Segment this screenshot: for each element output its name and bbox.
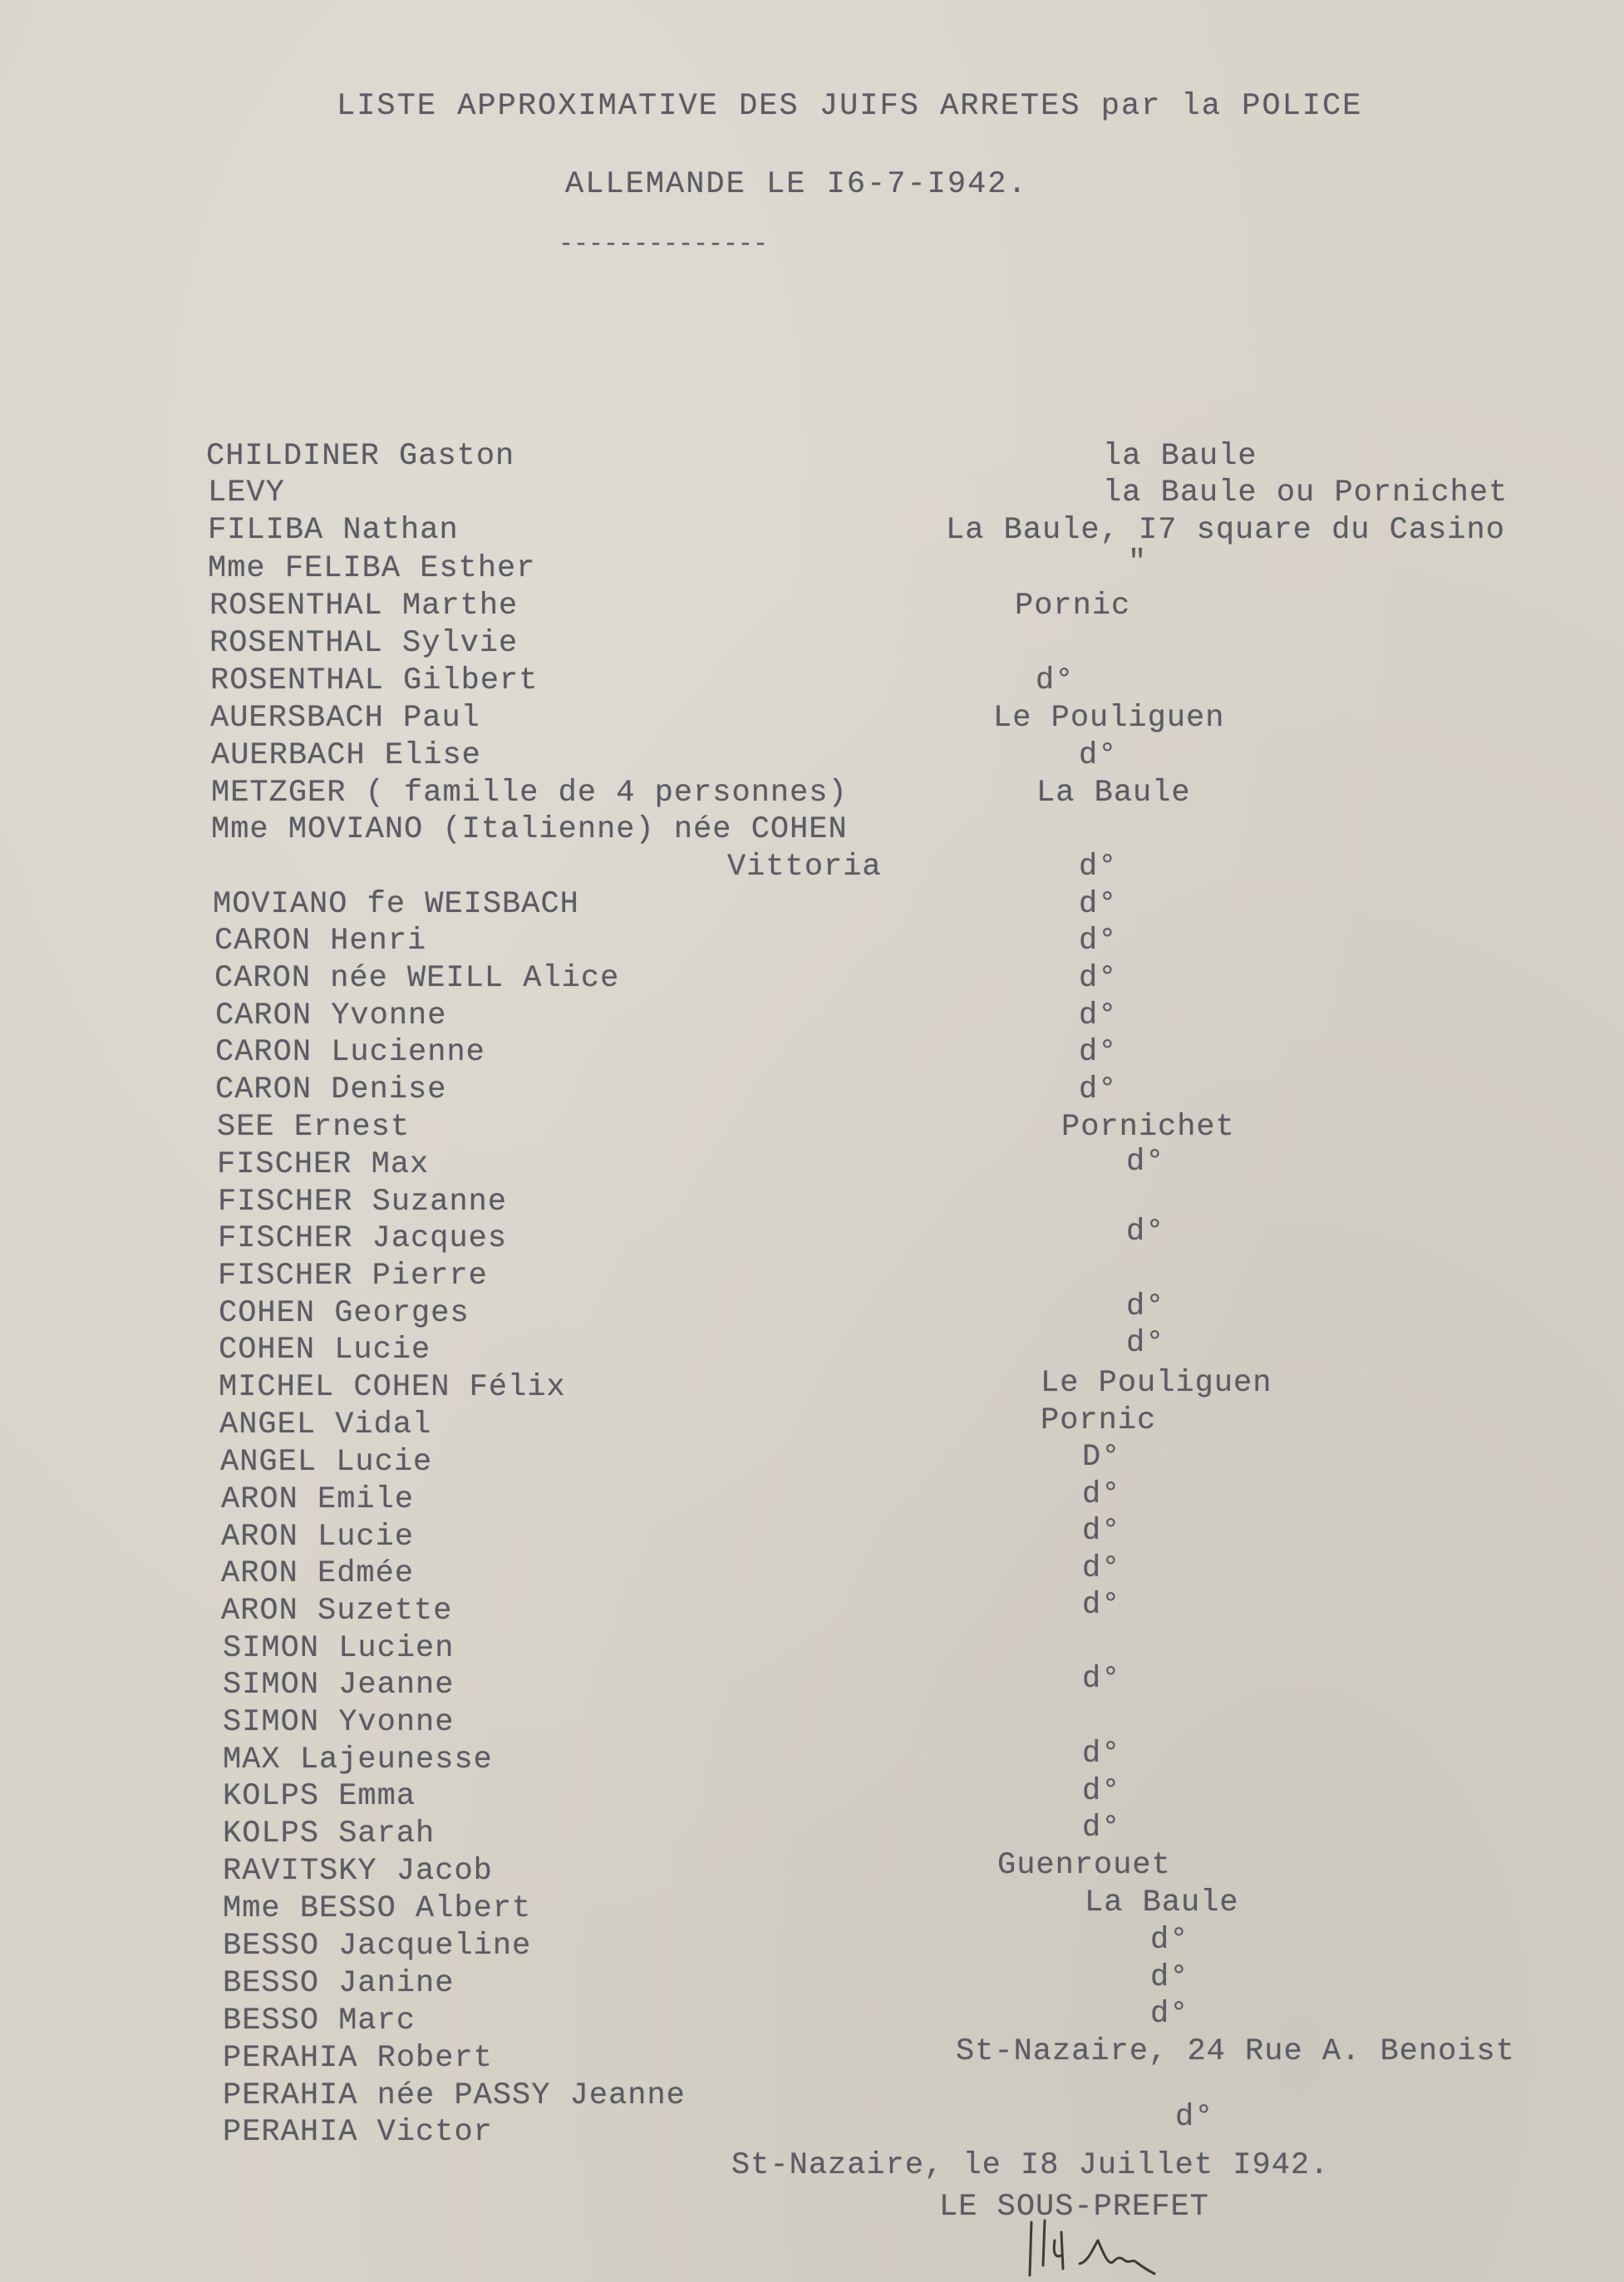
entry-location: Pornic (1041, 1402, 1156, 1439)
entry-location: D° (1082, 1439, 1120, 1476)
entry-location: d° (1082, 1550, 1120, 1587)
entry-name: FISCHER Pierre (218, 1258, 488, 1294)
document-title-line-1: LISTE APPROXIMATIVE DES JUIFS ARRETES pa… (337, 88, 1362, 125)
entry-location: Le Pouliguen (1041, 1365, 1272, 1402)
entry-location: d° (1126, 1214, 1164, 1250)
entry-name: KOLPS Sarah (223, 1816, 435, 1852)
entry-name: ANGEL Vidal (219, 1407, 431, 1443)
place-and-date: St-Nazaire, le I8 Juillet I942. (731, 2147, 1329, 2184)
handwritten-signature-icon (1026, 2215, 1259, 2282)
entry-name: SIMON Yvonne (223, 1704, 454, 1741)
entry-name: COHEN Georges (219, 1295, 470, 1332)
entry-name: SEE Ernest (217, 1109, 410, 1146)
entry-name: CARON née WEILL Alice (214, 960, 619, 997)
entry-name: Mme FELIBA Esther (208, 550, 535, 587)
entry-name: Mme BESSO Albert (223, 1890, 531, 1927)
entry-name: BESSO Marc (223, 2003, 416, 2039)
entry-name: MICHEL COHEN Félix (219, 1369, 566, 1406)
entry-name: CARON Yvonne (215, 998, 446, 1034)
entry-name: PERAHIA Robert (223, 2040, 493, 2077)
entry-name: ARON Suzette (221, 1593, 452, 1629)
entry-name: MAX Lajeunesse (223, 1742, 493, 1778)
entry-name: PERAHIA Victor (223, 2114, 493, 2151)
entry-location: d° (1126, 1325, 1164, 1362)
entry-location: d° (1150, 1922, 1188, 1959)
entry-location: d° (1079, 998, 1117, 1034)
entry-name: FISCHER Max (217, 1146, 429, 1183)
entry-name: PERAHIA née PASSY Jeanne (223, 2077, 686, 2114)
entry-name: Mme MOVIANO (Italienne) née COHEN (211, 811, 848, 848)
entry-name: CARON Denise (215, 1072, 446, 1108)
entry-name: BESSO Jacqueline (223, 1928, 531, 1964)
entry-location: d° (1082, 1476, 1120, 1513)
entry-name: MOVIANO fe WEISBACH (213, 886, 579, 923)
entry-name: RAVITSKY Jacob (223, 1853, 493, 1890)
entry-name: SIMON Jeanne (223, 1667, 454, 1703)
entry-name: CARON Henri (214, 923, 426, 959)
title-underline: -------------- (559, 226, 768, 263)
entry-location: d° (1150, 1959, 1188, 1996)
entry-location: d° (1036, 663, 1074, 699)
entry-name: ROSENTHAL Marthe (209, 588, 518, 624)
entry-name: ANGEL Lucie (220, 1444, 432, 1481)
entry-name: Vittoria (727, 849, 882, 885)
entry-name: FISCHER Jacques (218, 1220, 507, 1257)
entry-name: ARON Lucie (221, 1519, 414, 1555)
entry-location: d° (1082, 1513, 1120, 1550)
entry-name: CHILDINER Gaston (206, 438, 514, 475)
entry-location: d° (1082, 1736, 1120, 1772)
entry-name: ARON Edmée (221, 1555, 414, 1592)
entry-location: Pornichet (1061, 1109, 1235, 1146)
entry-location: la Baule (1103, 438, 1257, 475)
document-title-line-2: ALLEMANDE LE I6-7-I942. (565, 166, 1028, 203)
entry-location: St-Nazaire, 24 Rue A. Benoist (956, 2033, 1515, 2070)
entry-location: d° (1079, 737, 1117, 774)
entry-location: d° (1079, 923, 1117, 959)
entry-location: d° (1082, 1587, 1120, 1624)
entry-location: d° (1082, 1661, 1120, 1698)
entry-name: AUERBACH Elise (211, 737, 481, 774)
entry-location: la Baule ou Pornichet (1103, 475, 1508, 511)
entry-name: ROSENTHAL Sylvie (209, 625, 518, 662)
entry-name: COHEN Lucie (219, 1332, 431, 1368)
entry-location: d° (1079, 960, 1117, 997)
entry-name: KOLPS Emma (223, 1778, 416, 1815)
entry-name: SIMON Lucien (223, 1630, 454, 1667)
entry-location: Pornic (1015, 588, 1130, 624)
entry-location: d° (1126, 1289, 1164, 1325)
entry-name: LEVY (208, 475, 285, 511)
entry-location: d° (1079, 1034, 1117, 1071)
entry-name: BESSO Janine (223, 1965, 454, 2002)
entry-location: La Baule (1085, 1885, 1239, 1921)
entry-name: AUERSBACH Paul (210, 700, 480, 737)
entry-location: d° (1079, 849, 1117, 885)
entry-location: " (1128, 545, 1147, 581)
entry-name: CARON Lucienne (215, 1034, 485, 1071)
entry-location: d° (1082, 1810, 1120, 1846)
entry-location: La Baule, I7 square du Casino (946, 512, 1505, 549)
entry-location: La Baule (1036, 775, 1191, 811)
entry-location: d° (1082, 1773, 1120, 1810)
entry-name: ROSENTHAL Gilbert (210, 663, 538, 699)
entry-name: METZGER ( famille de 4 personnes) (211, 775, 848, 811)
entry-location: d° (1150, 1996, 1188, 2033)
entry-name: FISCHER Suzanne (218, 1184, 507, 1220)
entry-location: d° (1079, 1072, 1117, 1108)
entry-name: FILIBA Nathan (208, 512, 459, 549)
entry-name: ARON Emile (221, 1481, 414, 1518)
entry-location: d° (1175, 2099, 1213, 2136)
entry-location: Le Pouliguen (993, 700, 1224, 737)
entry-location: d° (1126, 1144, 1164, 1180)
entry-location: Guenrouet (997, 1847, 1171, 1884)
entry-location: d° (1079, 886, 1117, 923)
